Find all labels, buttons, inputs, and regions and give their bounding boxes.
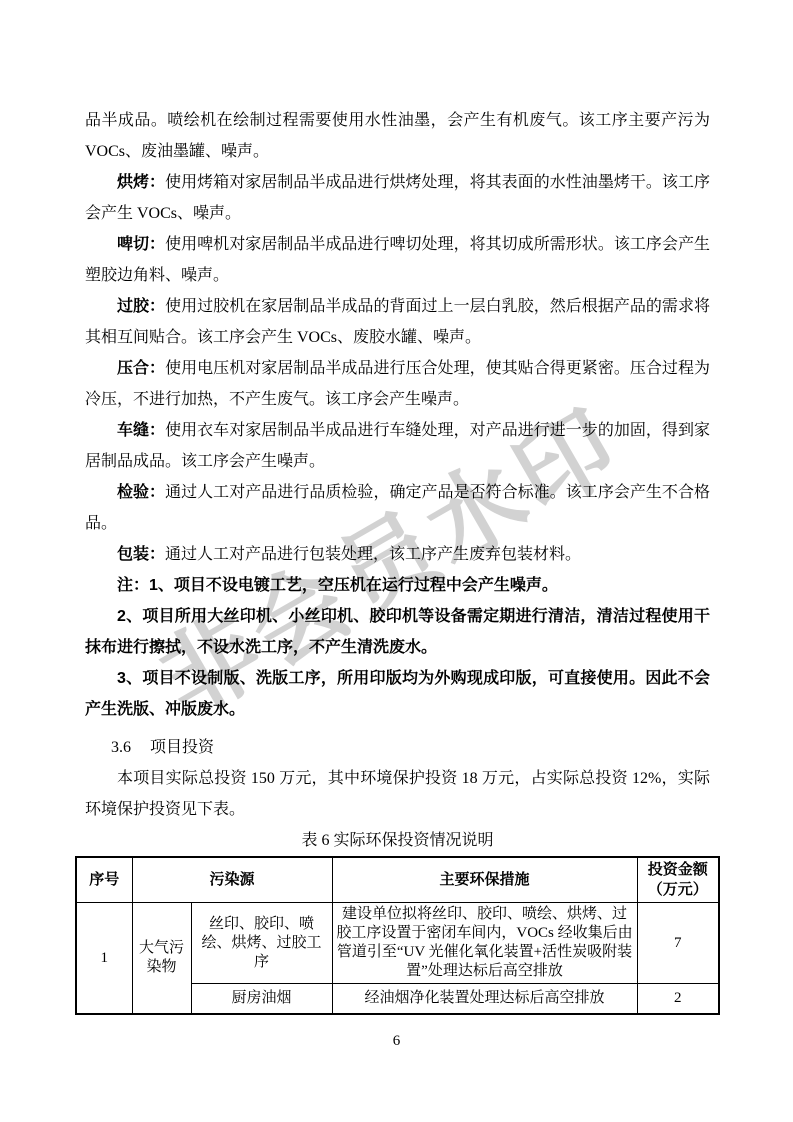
paragraph-baozhuang: 包装：通过人工对产品进行包装处理，该工序产生废弃包装材料。 — [85, 539, 710, 570]
table-header-row: 序号 污染源 主要环保措施 投资金额（万元） — [76, 857, 719, 903]
page-content: 品半成品。喷绘机在绘制过程需要使用水性油墨，会产生有机废气。该工序主要产污为VO… — [85, 105, 710, 1015]
note-1: 注：1、项目不设电镀工艺，空压机在运行过程中会产生噪声。 — [85, 570, 710, 601]
paragraph-piqie: 啤切：使用啤机对家居制品半成品进行啤切处理，将其切成所需形状。该工序会产生塑胶边… — [85, 229, 710, 291]
paragraph-investment: 本项目实际总投资 150 万元，其中环境保护投资 18 万元，占实际总投资 12… — [85, 763, 710, 825]
paragraph-body: 使用电压机对家居制品半成品进行压合处理，使其贴合得更紧密。压合过程为冷压，不进行… — [85, 360, 710, 408]
note-2: 2、项目所用大丝印机、小丝印机、胶印机等设备需定期进行清洁，清洁过程使用干抹布进… — [85, 601, 710, 663]
paragraph-lead: 检验： — [117, 484, 165, 501]
paragraph-lead: 包装： — [117, 546, 165, 563]
header-source: 污染源 — [132, 857, 332, 903]
cell-category: 大气污染物 — [132, 903, 191, 1015]
header-index: 序号 — [76, 857, 132, 903]
cell-source: 厨房油烟 — [191, 984, 332, 1015]
note-3: 3、项目不设制版、洗版工序，所用印版均为外购现成印版，可直接使用。因此不会产生洗… — [85, 663, 710, 725]
page-number: 6 — [0, 1033, 793, 1050]
paragraph-honkao: 烘烤：使用烤箱对家居制品半成品进行烘烤处理，将其表面的水性油墨烤干。该工序会产生… — [85, 167, 710, 229]
table-row: 1 大气污染物 丝印、胶印、喷绘、烘烤、过胶工序 建设单位拟将丝印、胶印、喷绘、… — [76, 903, 719, 984]
header-amount: 投资金额（万元） — [637, 857, 719, 903]
paragraph-chefeng: 车缝：使用衣车对家居制品半成品进行车缝处理，对产品进行进一步的加固，得到家居制品… — [85, 415, 710, 477]
paragraph-lead: 过胶： — [117, 298, 165, 315]
table-caption: 表 6 实际环保投资情况说明 — [85, 828, 710, 854]
investment-table: 序号 污染源 主要环保措施 投资金额（万元） 1 大气污染物 丝印、胶印、喷绘、… — [75, 856, 720, 1015]
paragraph-guojiao: 过胶：使用过胶机在家居制品半成品的背面过上一层白乳胶，然后根据产品的需求将其相互… — [85, 291, 710, 353]
paragraph-jianyan: 检验：通过人工对产品进行品质检验，确定产品是否符合标准。该工序会产生不合格品。 — [85, 477, 710, 539]
paragraph-body: 使用衣车对家居制品半成品进行车缝处理，对产品进行进一步的加固，得到家居制品成品。… — [85, 422, 710, 470]
paragraph-body: 通过人工对产品进行品质检验，确定产品是否符合标准。该工序会产生不合格品。 — [85, 484, 710, 532]
cell-amount: 7 — [637, 903, 719, 984]
paragraph-continuation: 品半成品。喷绘机在绘制过程需要使用水性油墨，会产生有机废气。该工序主要产污为VO… — [85, 105, 710, 167]
header-amount-line1: 投资金额 — [648, 861, 708, 878]
cell-measure: 建设单位拟将丝印、胶印、喷绘、烘烤、过胶工序设置于密闭车间内，VOCs 经收集后… — [332, 903, 637, 984]
cell-amount: 2 — [637, 984, 719, 1015]
paragraph-body: 使用过胶机在家居制品半成品的背面过上一层白乳胶，然后根据产品的需求将其相互间贴合… — [85, 298, 710, 346]
paragraph-body: 使用啤机对家居制品半成品进行啤切处理，将其切成所需形状。该工序会产生塑胶边角料、… — [85, 236, 710, 284]
paragraph-lead: 啤切： — [117, 236, 165, 253]
paragraph-body: 使用烤箱对家居制品半成品进行烘烤处理，将其表面的水性油墨烤干。该工序会产生 VO… — [85, 174, 710, 222]
section-heading: 3.6项目投资 — [85, 732, 710, 763]
paragraph-body: 通过人工对产品进行包装处理，该工序产生废弃包装材料。 — [165, 546, 581, 563]
cell-source: 丝印、胶印、喷绘、烘烤、过胶工序 — [191, 903, 332, 984]
paragraph-lead: 压合： — [117, 360, 165, 377]
cell-measure: 经油烟净化装置处理达标后高空排放 — [332, 984, 637, 1015]
section-number: 3.6 — [98, 732, 131, 763]
paragraph-lead: 烘烤： — [117, 174, 165, 191]
header-amount-line2: （万元） — [648, 881, 708, 898]
paragraph-lead: 车缝： — [117, 422, 165, 439]
header-measures: 主要环保措施 — [332, 857, 637, 903]
document-page: 非会员水印 品半成品。喷绘机在绘制过程需要使用水性油墨，会产生有机废气。该工序主… — [0, 0, 793, 1122]
paragraph-yahe: 压合：使用电压机对家居制品半成品进行压合处理，使其贴合得更紧密。压合过程为冷压，… — [85, 353, 710, 415]
cell-index: 1 — [76, 903, 132, 1015]
section-title: 项目投资 — [150, 739, 214, 756]
